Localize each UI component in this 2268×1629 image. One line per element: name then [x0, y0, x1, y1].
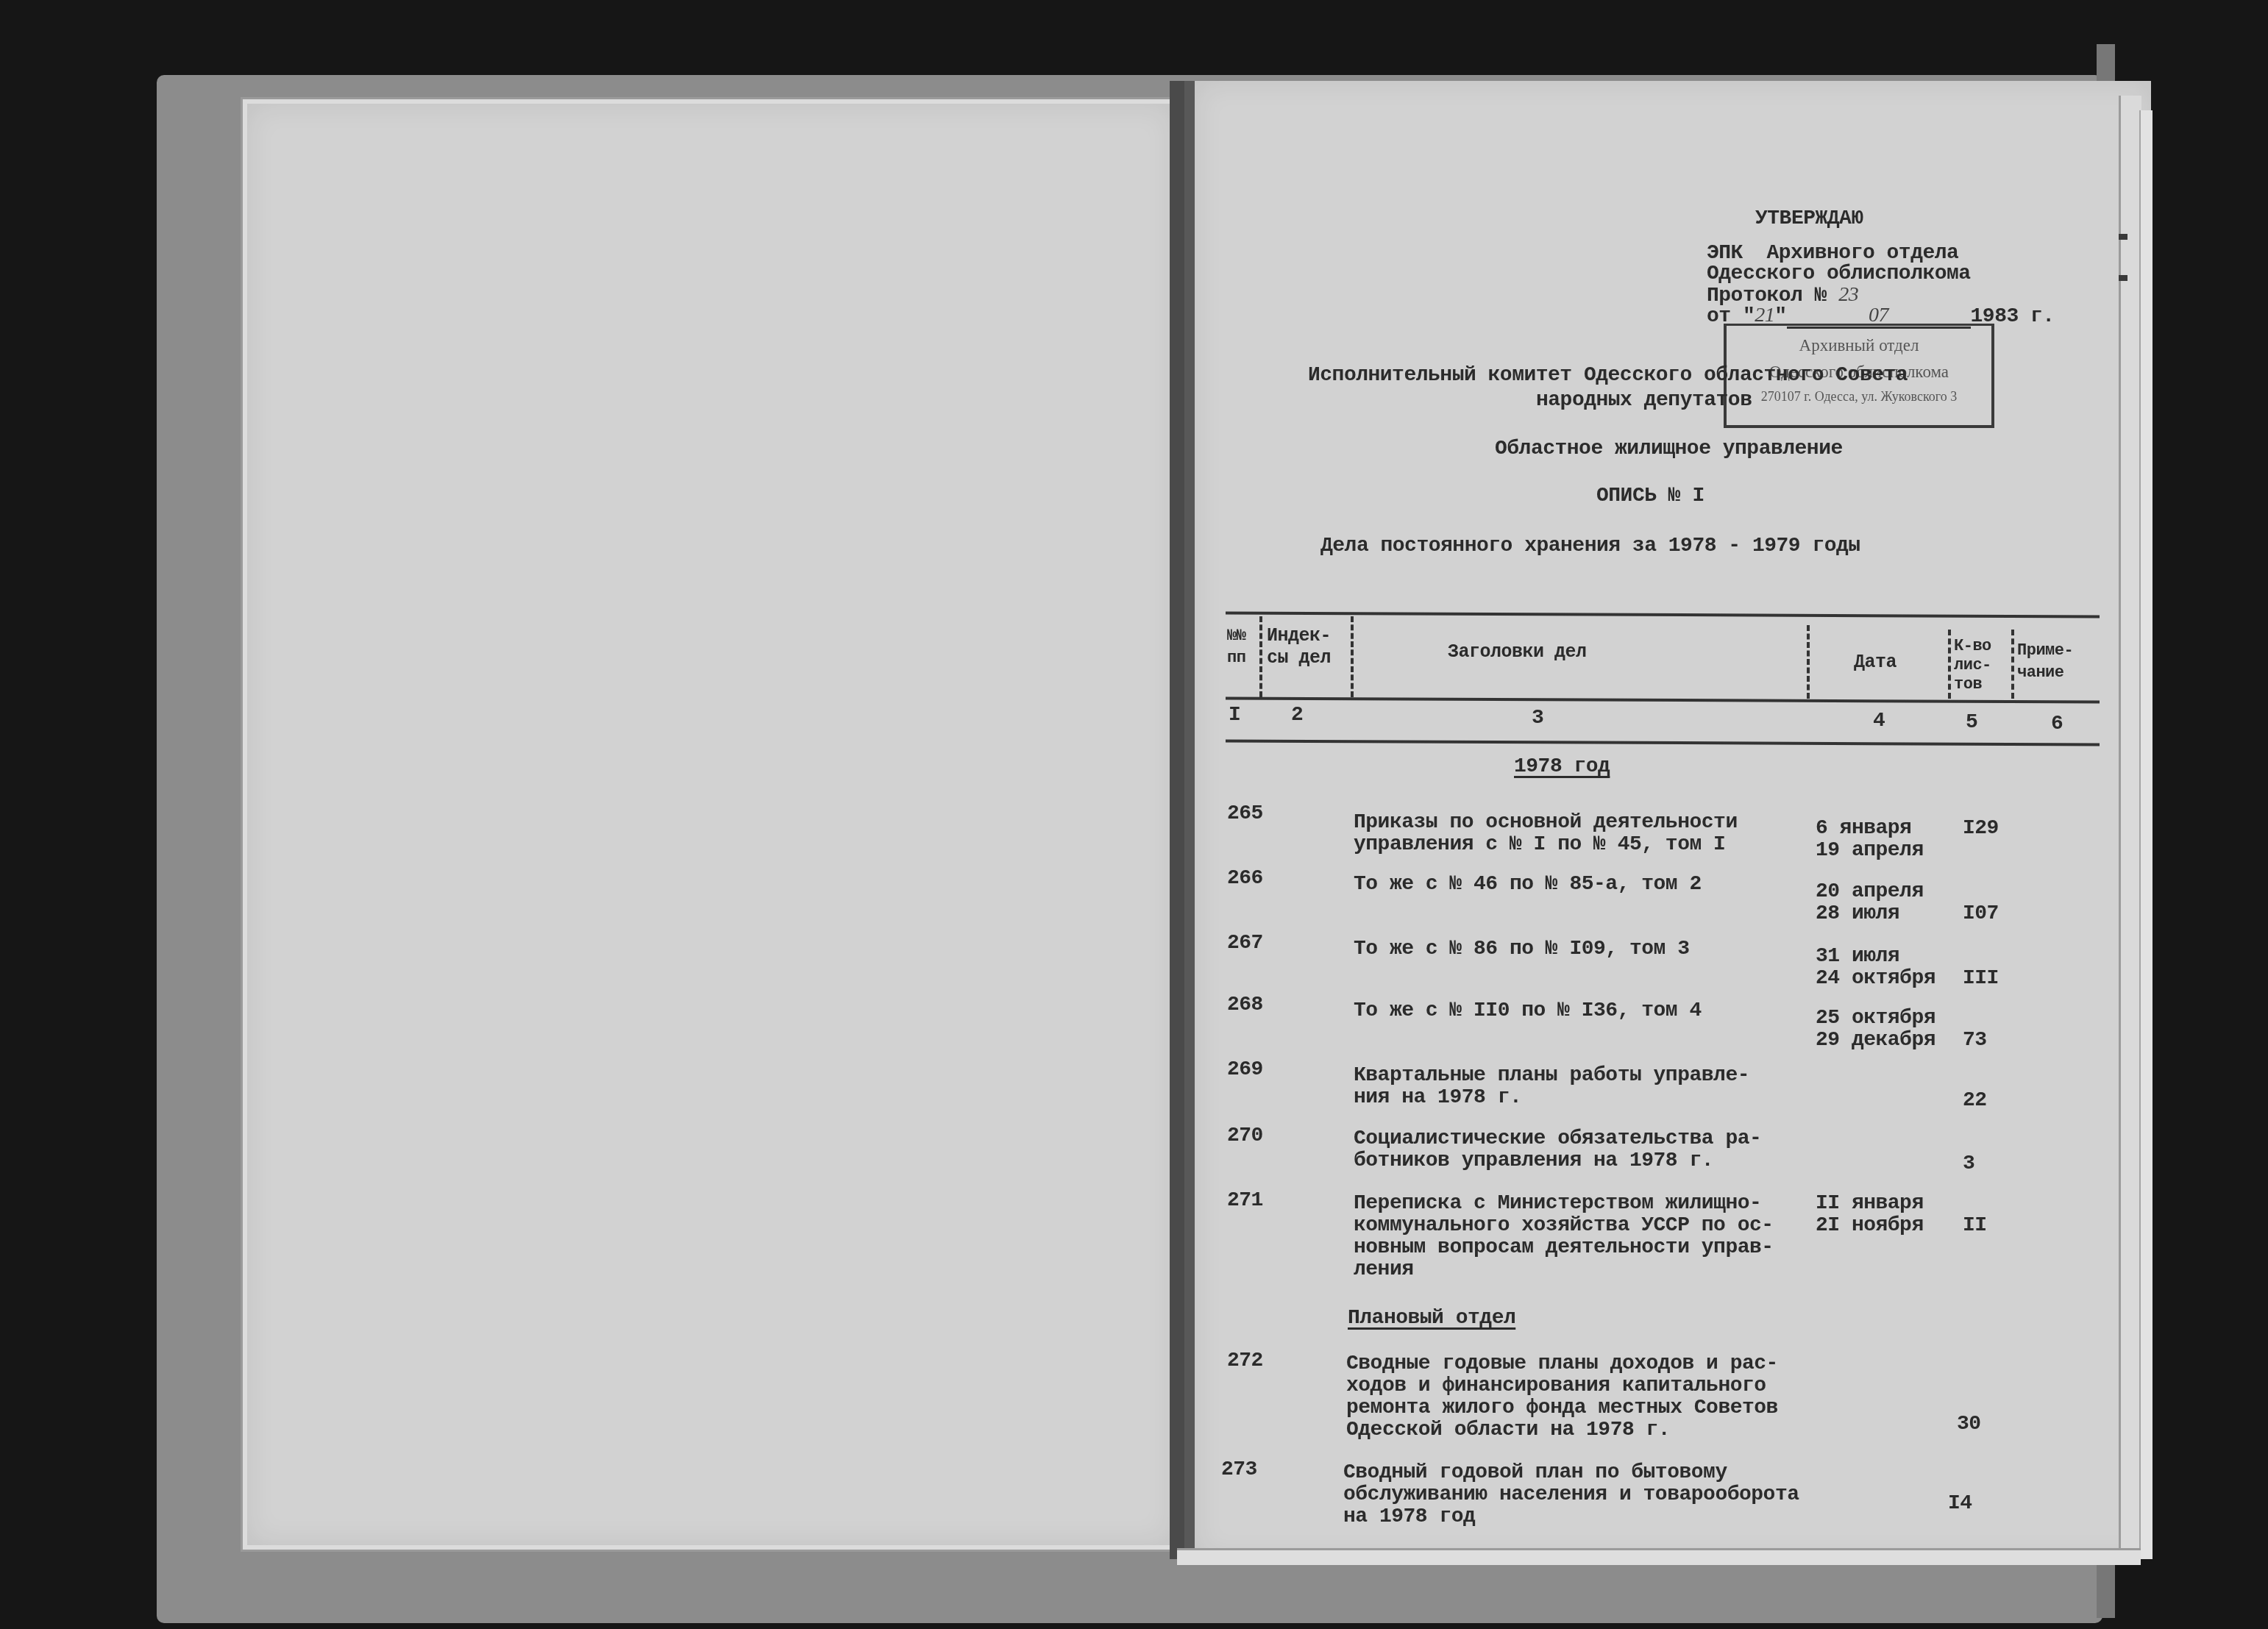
- row-date: 6 января 19 апреля: [1816, 818, 1924, 862]
- book-gutter: [1170, 81, 1186, 1559]
- row-sheets: I4: [1948, 1493, 1972, 1515]
- col-divider: [2011, 630, 2016, 699]
- row-number: 266: [1227, 868, 1263, 890]
- inventory-subtitle: Дела постоянного хранения за 1978 - 1979…: [1320, 535, 1860, 557]
- row-title: Приказы по основной деятельности управле…: [1354, 812, 1738, 856]
- row-sheets: 3: [1963, 1153, 1974, 1175]
- col-number-3: 3: [1532, 707, 1543, 730]
- row-title: Квартальные планы работы управле- ния на…: [1354, 1065, 1749, 1109]
- row-title: Сводный годовой план по бытовому обслужи…: [1343, 1462, 1799, 1528]
- page-tab-mark: [2119, 275, 2127, 281]
- page-stack-edge: [2119, 96, 2141, 1559]
- row-number: 267: [1227, 933, 1263, 955]
- row-title: Переписка с Министерством жилищно- комму…: [1354, 1193, 1774, 1281]
- row-date: II января 2I ноября: [1816, 1193, 1924, 1237]
- row-number: 271: [1227, 1190, 1263, 1212]
- row-date: 20 апреля 28 июля: [1816, 881, 1924, 925]
- row-number: 273: [1221, 1459, 1257, 1481]
- row-title: То же с № 46 по № 85-а, том 2: [1354, 874, 1702, 896]
- col-header-date: Дата: [1854, 652, 1896, 674]
- stamp-line1: Архивный отдел: [1727, 336, 1991, 355]
- page-bottom-edge: [1177, 1548, 2141, 1565]
- approval-line1: ЭПК Архивного отдела: [1707, 243, 1958, 265]
- row-sheets: 30: [1957, 1414, 1981, 1436]
- col-number-6: 6: [2051, 713, 2063, 735]
- section-year: 1978 год: [1514, 756, 1610, 778]
- row-sheets: III: [1963, 968, 1999, 990]
- row-title: То же с № 86 по № I09, том 3: [1354, 938, 1689, 960]
- row-date: 31 июля 24 октября: [1816, 946, 1935, 990]
- organization-line1: Исполнительный комитет Одесского областн…: [1308, 365, 1908, 387]
- col-number-4: 4: [1873, 710, 1885, 732]
- stamp-line3: 270107 г. Одесса, ул. Жуковского 3: [1727, 389, 1991, 404]
- row-sheets: 22: [1963, 1090, 1987, 1112]
- approval-line2: Одесского облисполкома: [1707, 263, 1971, 285]
- department-name: Областное жилищное управление: [1495, 438, 1843, 460]
- inventory-title: ОПИСЬ № I: [1596, 485, 1704, 507]
- col-divider: [1807, 625, 1812, 699]
- page-tab-mark: [2119, 234, 2127, 240]
- col-divider: [1351, 616, 1356, 697]
- col-header-index: Индек- сы дел: [1267, 625, 1331, 669]
- left-page: [243, 99, 1179, 1550]
- row-title: Социалистические обязательства ра- ботни…: [1354, 1128, 1761, 1172]
- row-sheets: I07: [1963, 903, 1999, 925]
- subsection-title: Плановый отдел: [1348, 1308, 1515, 1330]
- col-divider: [1259, 616, 1265, 697]
- row-sheets: II: [1963, 1215, 1987, 1237]
- approval-heading: УТВЕРЖДАЮ: [1755, 208, 1863, 230]
- organization-line2: народных депутатов: [1536, 390, 1752, 412]
- col-divider: [1948, 630, 1953, 699]
- col-header-note: Приме- чание: [2017, 640, 2073, 684]
- row-number: 270: [1227, 1125, 1263, 1147]
- row-date: 25 октября 29 декабря: [1816, 1008, 1935, 1052]
- col-number-1: I: [1229, 705, 1240, 727]
- row-number: 269: [1227, 1059, 1263, 1081]
- row-sheets: I29: [1963, 818, 1999, 840]
- row-sheets: 73: [1963, 1030, 1987, 1052]
- col-header-num: №№ пп: [1227, 625, 1245, 669]
- col-header-sheets: К-во лис- тов: [1954, 637, 1991, 694]
- page-stack-edge: [2139, 110, 2153, 1559]
- row-number: 272: [1227, 1350, 1263, 1372]
- row-title: То же с № II0 по № I36, том 4: [1354, 1000, 1702, 1022]
- col-number-2: 2: [1291, 705, 1303, 727]
- col-header-title: Заголовки дел: [1448, 641, 1587, 663]
- row-number: 265: [1227, 803, 1263, 825]
- row-number: 268: [1227, 994, 1263, 1016]
- col-number-5: 5: [1966, 712, 1977, 734]
- protocol-number: 23: [1838, 283, 1858, 306]
- row-title: Сводные годовые планы доходов и рас- ход…: [1346, 1353, 1778, 1441]
